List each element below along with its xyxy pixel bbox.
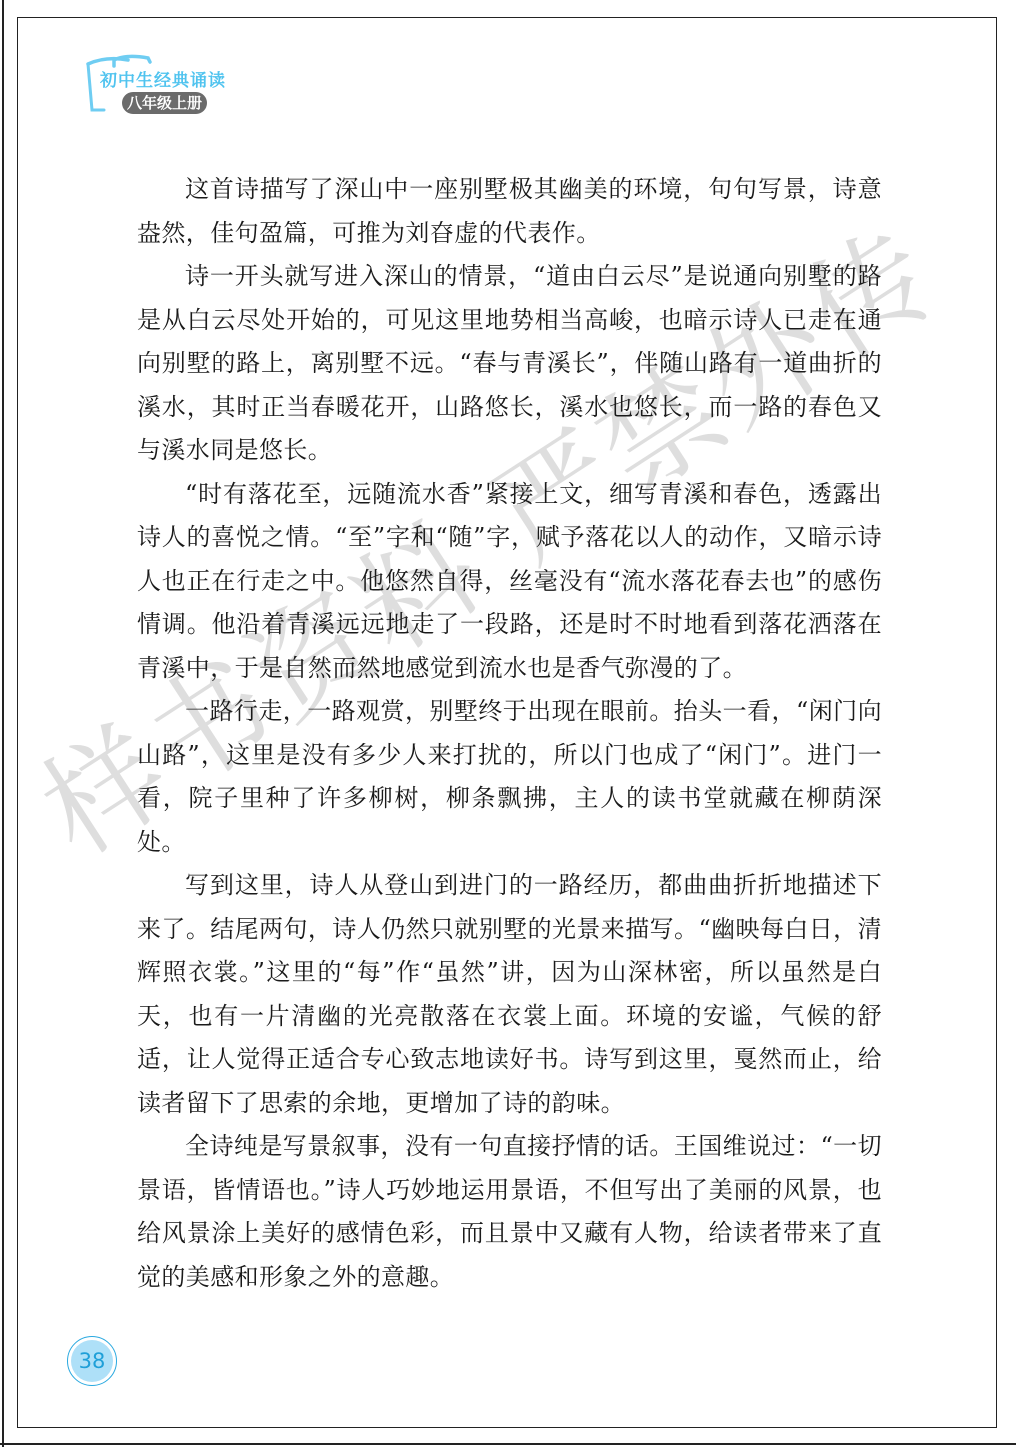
scan-edge-bottom bbox=[0, 1443, 1016, 1445]
article-body: 这首诗描写了深山中一座别墅极其幽美的环境，句句写景，诗意盎然，佳句盈篇，可推为刘… bbox=[137, 168, 882, 1299]
paragraph: “时有落花至，远随流水香”紧接上文，细写青溪和春色，透露出诗人的喜悦之情。“至”… bbox=[137, 473, 882, 691]
paragraph: 这首诗描写了深山中一座别墅极其幽美的环境，句句写景，诗意盎然，佳句盈篇，可推为刘… bbox=[137, 168, 882, 255]
paragraph: 写到这里，诗人从登山到进门的一路经历，都曲曲折折地描述下来了。结尾两句，诗人仍然… bbox=[137, 864, 882, 1125]
page-number-badge: 38 bbox=[67, 1336, 117, 1386]
paragraph: 全诗纯是写景叙事，没有一句直接抒情的话。王国维说过：“一切景语，皆情语也。”诗人… bbox=[137, 1125, 882, 1299]
paragraph: 一路行走，一路观赏，别墅终于出现在眼前。抬头一看，“闲门向山路”，这里是没有多少… bbox=[137, 690, 882, 864]
scan-edge-left bbox=[2, 0, 4, 1447]
paragraph: 诗一开头就写进入深山的情景，“道由白云尽”是说通向别墅的路是从白云尽处开始的，可… bbox=[137, 255, 882, 473]
page-number: 38 bbox=[71, 1340, 113, 1382]
series-title: 初中生经典诵读 bbox=[100, 66, 226, 91]
series-header: 初中生经典诵读 八年级上册 bbox=[78, 52, 278, 122]
grade-badge: 八年级上册 bbox=[122, 92, 207, 114]
